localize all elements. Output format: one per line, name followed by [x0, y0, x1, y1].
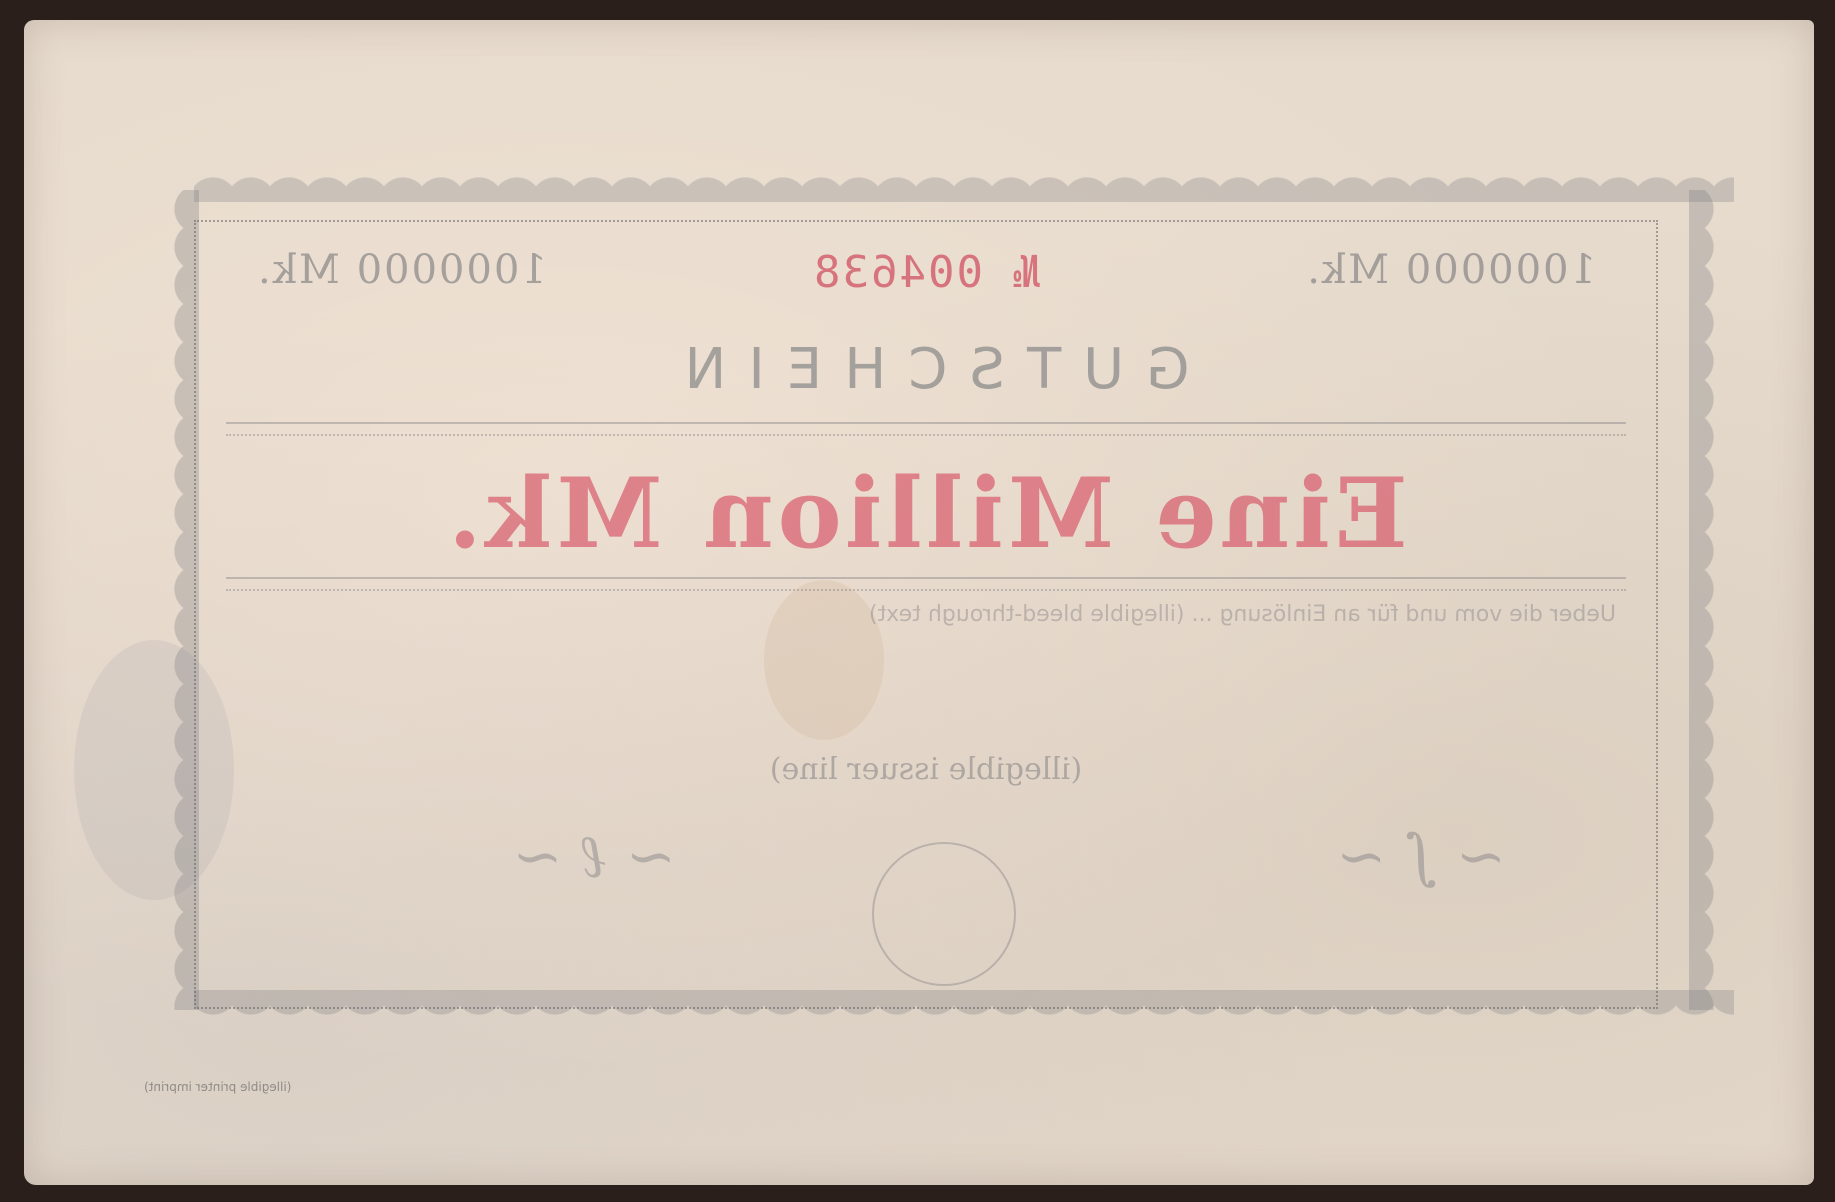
serial-number: № 004638: [812, 247, 1040, 298]
note-title: GUTSCHEIN: [196, 337, 1656, 402]
dotted-inner-frame: 1000000 Mk. № 004638 1000000 Mk. GUTSCHE…: [194, 220, 1658, 1009]
scalloped-border-left: [149, 190, 199, 1010]
scalloped-border-right: [1689, 190, 1739, 1010]
signature: ~ ℓ ~: [512, 822, 676, 892]
signature: ~ ∫ ~: [1336, 822, 1506, 892]
divider-rule: [226, 422, 1626, 436]
amount-right: 1000000 Mk.: [256, 247, 547, 293]
amount-line: 1000000 Mk. № 004638 1000000 Mk.: [196, 247, 1656, 298]
body-text: Ueber die vom und für an Einlösung ... (…: [236, 600, 1616, 630]
seal-stamp: [872, 842, 1016, 986]
denomination-text: Eine Million Mk.: [196, 457, 1656, 570]
divider-rule: [226, 577, 1626, 591]
banknote-reverse: 1000000 Mk. № 004638 1000000 Mk. GUTSCHE…: [24, 20, 1814, 1185]
issuer-line: (illegible issuer line): [196, 752, 1656, 787]
scalloped-border-top: [194, 152, 1734, 202]
amount-left: 1000000 Mk.: [1305, 247, 1596, 293]
printer-imprint: (illegible printer imprint): [144, 1080, 291, 1094]
